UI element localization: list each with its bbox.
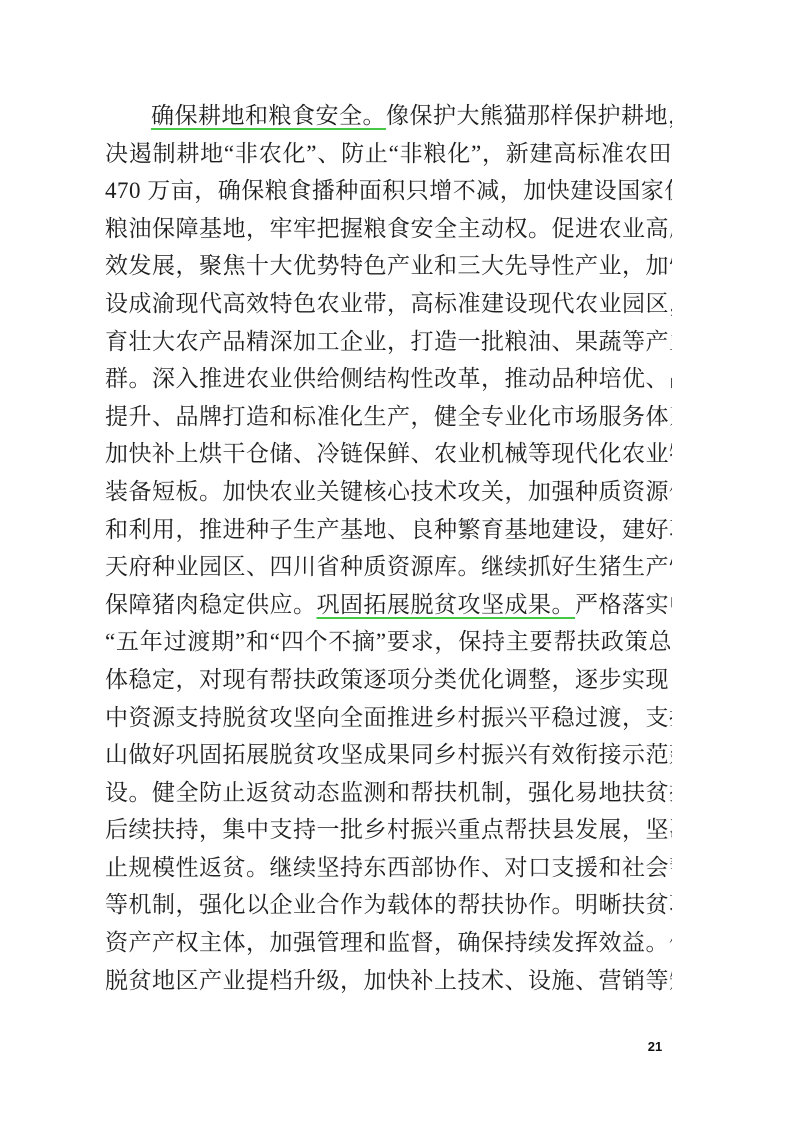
text-line: 保障猪肉稳定供应。巩固拓展脱贫攻坚成果。严格落实中央 (105, 586, 672, 624)
text-segment: 天府种业园区、四川省种质资源库。继续抓好生猪生产恢复， (105, 554, 672, 579)
text-line: 育壮大农产品精深加工企业，打造一批粮油、果蔬等产业集 (105, 323, 672, 361)
text-line: 装备短板。加快农业关键核心技术攻关，加强种质资源保护 (105, 473, 672, 511)
body-paragraph: 确保耕地和粮食安全。像保护大熊猫那样保护耕地，坚决遏制耕地“非农化”、防止“非粮… (105, 97, 672, 999)
text-line: 止规模性返贫。继续坚持东西部协作、对口支援和社会帮扶 (105, 849, 672, 887)
text-segment: 设。健全防止返贫动态监测和帮扶机制，强化易地扶贫搬迁 (105, 780, 672, 805)
text-line: 提升、品牌打造和标准化生产，健全专业化市场服务体系， (105, 398, 672, 436)
text-line: 山做好巩固拓展脱贫攻坚成果同乡村振兴有效衔接示范建 (105, 736, 672, 774)
text-line: 天府种业园区、四川省种质资源库。继续抓好生猪生产恢复， (105, 548, 672, 586)
text-segment: 像保护大熊猫那样保护耕地，坚 (386, 103, 672, 128)
underlined-phrase: 确保耕地和粮食安全。 (151, 103, 386, 128)
text-line: 效发展，聚焦十大优势特色产业和三大先导性产业，加快建 (105, 247, 672, 285)
document-page: 确保耕地和粮食安全。像保护大熊猫那样保护耕地，坚决遏制耕地“非农化”、防止“非粮… (0, 0, 793, 1122)
text-segment: 脱贫地区产业提档升级，加快补上技术、设施、营销等短板。 (105, 968, 672, 993)
text-line: 群。深入推进农业供给侧结构性改革，推动品种培优、品质 (105, 360, 672, 398)
text-segment: 中资源支持脱贫攻坚向全面推进乡村振兴平稳过渡，支持凉 (105, 705, 672, 730)
text-line: 确保耕地和粮食安全。像保护大熊猫那样保护耕地，坚 (105, 97, 672, 135)
text-line: 后续扶持，集中支持一批乡村振兴重点帮扶县发展，坚决防 (105, 811, 672, 849)
text-line: 设。健全防止返贫动态监测和帮扶机制，强化易地扶贫搬迁 (105, 774, 672, 812)
text-segment: 加快补上烘干仓储、冷链保鲜、农业机械等现代化农业物质 (105, 441, 672, 466)
text-segment: 和利用，推进种子生产基地、良种繁育基地建设，建好邛崃 (105, 517, 672, 542)
text-segment: 决遏制耕地“非农化”、防止“非粮化”，新建高标准农田 (105, 141, 672, 166)
text-line: 中资源支持脱贫攻坚向全面推进乡村振兴平稳过渡，支持凉 (105, 699, 672, 737)
text-line: 体稳定，对现有帮扶政策逐项分类优化调整，逐步实现由集 (105, 661, 672, 699)
text-segment: 山做好巩固拓展脱贫攻坚成果同乡村振兴有效衔接示范建 (105, 742, 672, 767)
text-segment: 保障猪肉稳定供应。 (105, 592, 317, 617)
text-line: “五年过渡期”和“四个不摘”要求，保持主要帮扶政策总 (105, 623, 672, 661)
text-segment: 效发展，聚焦十大优势特色产业和三大先导性产业，加快建 (105, 253, 672, 278)
page-number: 21 (630, 1039, 680, 1054)
text-segment: 等机制，强化以企业合作为载体的帮扶协作。明晰扶贫项目 (105, 892, 672, 917)
text-line: 470 万亩，确保粮食播种面积只增不减，加快建设国家优质 (105, 172, 672, 210)
text-line: 加快补上烘干仓储、冷链保鲜、农业机械等现代化农业物质 (105, 435, 672, 473)
text-line: 设成渝现代高效特色农业带，高标准建设现代农业园区，培 (105, 285, 672, 323)
text-segment: “五年过渡期”和“四个不摘”要求，保持主要帮扶政策总 (105, 629, 672, 654)
text-line: 等机制，强化以企业合作为载体的帮扶协作。明晰扶贫项目 (105, 886, 672, 924)
text-segment: 育壮大农产品精深加工企业，打造一批粮油、果蔬等产业集 (105, 329, 672, 354)
text-line: 和利用，推进种子生产基地、良种繁育基地建设，建好邛崃 (105, 511, 672, 549)
text-segment: 群。深入推进农业供给侧结构性改革，推动品种培优、品质 (105, 366, 672, 391)
text-line: 粮油保障基地，牢牢把握粮食安全主动权。促进农业高质高 (105, 210, 672, 248)
text-line: 决遏制耕地“非农化”、防止“非粮化”，新建高标准农田 (105, 135, 672, 173)
text-segment: 后续扶持，集中支持一批乡村振兴重点帮扶县发展，坚决防 (105, 817, 672, 842)
text-segment: 资产产权主体，加强管理和监督，确保持续发挥效益。促进 (105, 930, 672, 955)
text-segment: 设成渝现代高效特色农业带，高标准建设现代农业园区，培 (105, 291, 672, 316)
underlined-phrase: 巩固拓展脱贫攻坚成果。 (317, 592, 576, 617)
text-segment: 粮油保障基地，牢牢把握粮食安全主动权。促进农业高质高 (105, 216, 672, 241)
text-line: 脱贫地区产业提档升级，加快补上技术、设施、营销等短板。 (105, 962, 672, 1000)
text-line: 资产产权主体，加强管理和监督，确保持续发挥效益。促进 (105, 924, 672, 962)
text-segment: 470 万亩，确保粮食播种面积只增不减，加快建设国家优质 (105, 178, 672, 203)
text-segment: 装备短板。加快农业关键核心技术攻关，加强种质资源保护 (105, 479, 672, 504)
text-segment: 体稳定，对现有帮扶政策逐项分类优化调整，逐步实现由集 (105, 667, 672, 692)
text-segment: 提升、品牌打造和标准化生产，健全专业化市场服务体系， (105, 404, 672, 429)
text-segment: 止规模性返贫。继续坚持东西部协作、对口支援和社会帮扶 (105, 855, 672, 880)
text-segment: 严格落实中央 (575, 592, 672, 617)
